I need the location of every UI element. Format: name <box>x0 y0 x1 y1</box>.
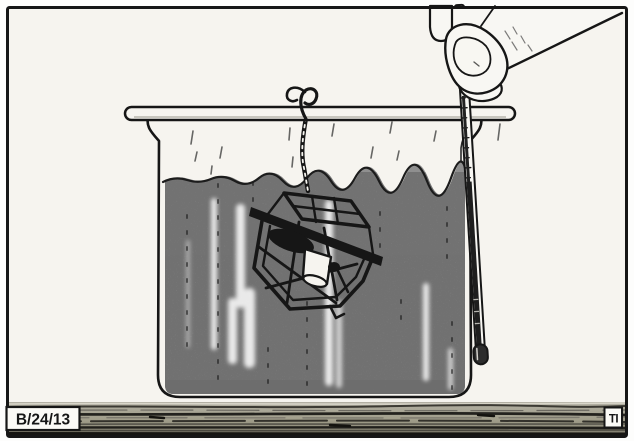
support-rod <box>125 107 515 120</box>
ref-label-box: B/24/13 <box>7 407 80 430</box>
figure: B/24/13 TI <box>0 0 634 441</box>
corner-label: TI <box>609 414 619 426</box>
figure-canvas: B/24/13 TI <box>0 0 634 441</box>
rod <box>125 107 515 120</box>
ref-label: B/24/13 <box>16 412 71 429</box>
water-bottom-shadow <box>165 380 465 394</box>
thermometer-bulb-highlight <box>477 349 478 360</box>
wood-surface <box>9 402 625 435</box>
corner-label-box: TI <box>605 408 623 428</box>
thermometer-bulb <box>473 344 488 365</box>
